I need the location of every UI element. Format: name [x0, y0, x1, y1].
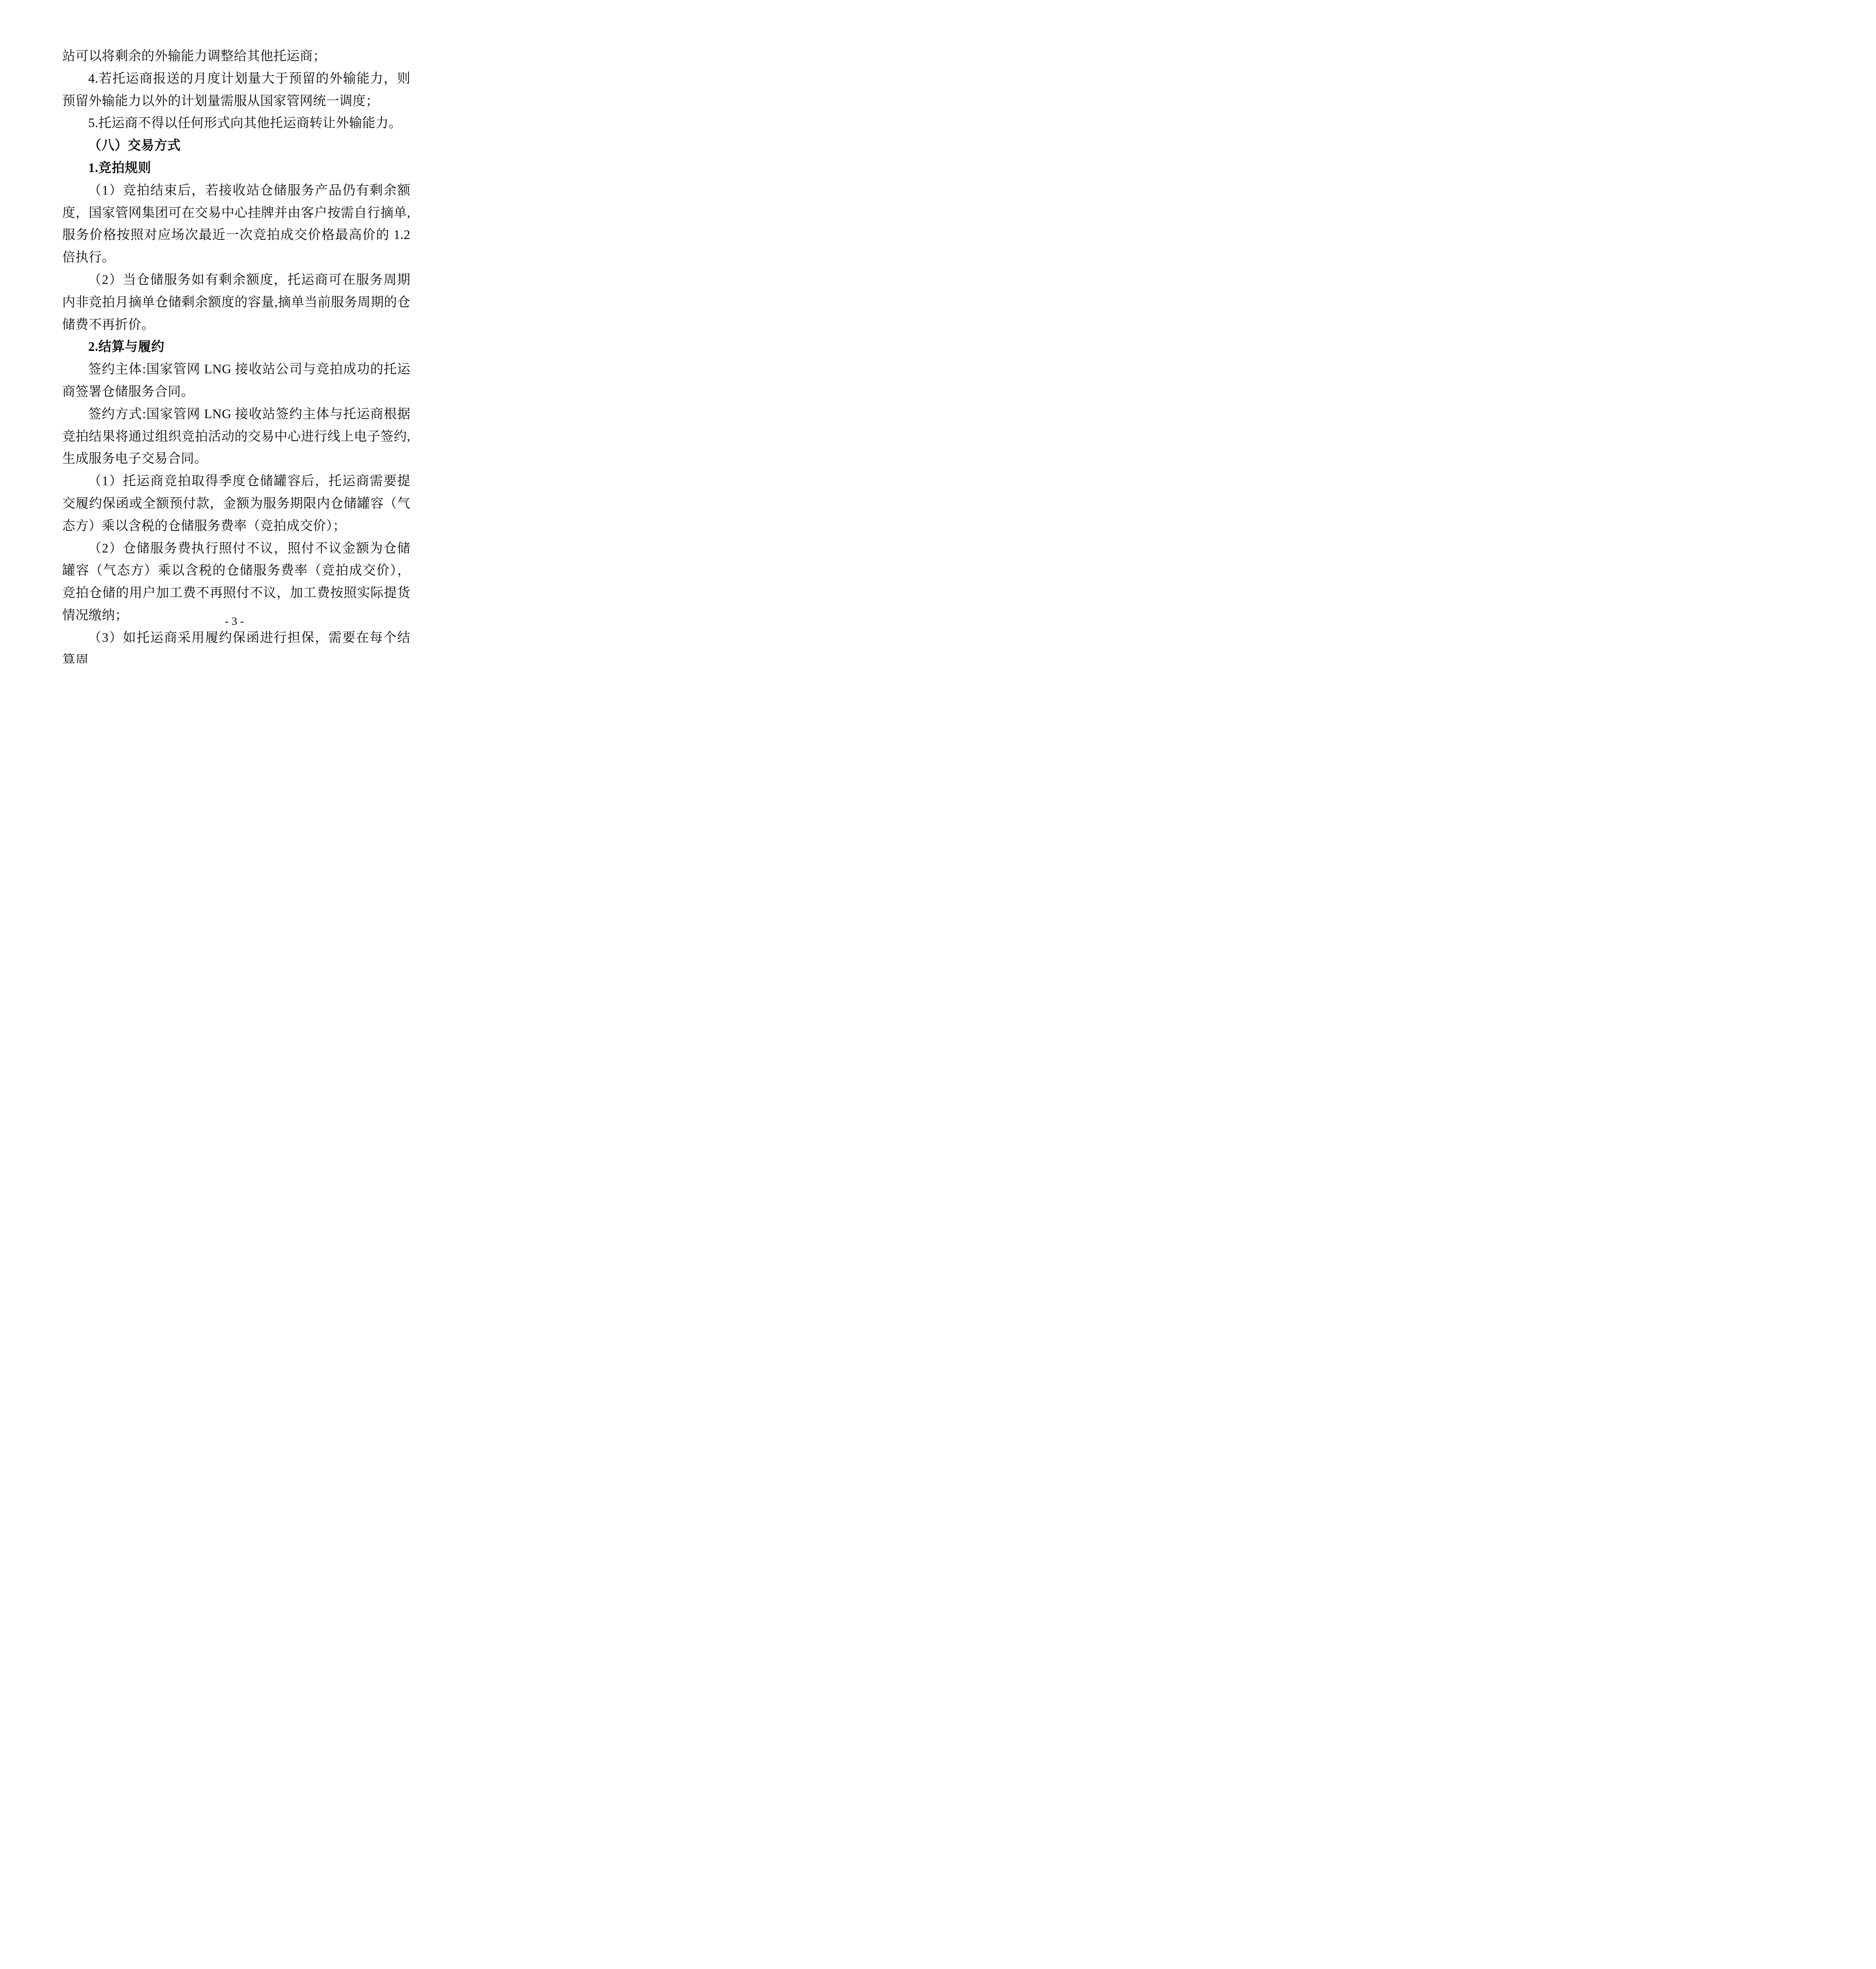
paragraph-settlement-3: （3）如托运商采用履约保函进行担保，需要在每个结算周: [62, 627, 410, 663]
paragraph-continuation: 站可以将剩余的外输能力调整给其他托运商；: [62, 45, 410, 68]
paragraph-auction-rule-2: （2）当仓储服务如有剩余额度，托运商可在服务周期内非竞拍月摘单仓储剩余额度的容量…: [62, 269, 410, 336]
paragraph-signing-subject: 签约主体:国家管网 LNG 接收站公司与竞拍成功的托运商签署仓储服务合同。: [62, 358, 410, 403]
document-page: 站可以将剩余的外输能力调整给其他托运商； 4.若托运商报送的月度计划量大于预留的…: [0, 0, 469, 663]
section-heading-trading-method: （八）交易方式: [62, 135, 410, 157]
subsection-heading-auction-rules: 1.竞拍规则: [62, 157, 410, 180]
document-body: 站可以将剩余的外输能力调整给其他托运商； 4.若托运商报送的月度计划量大于预留的…: [0, 0, 469, 663]
subsection-heading-settlement-performance: 2.结算与履约: [62, 336, 410, 358]
paragraph-item-5: 5.托运商不得以任何形式向其他托运商转让外输能力。: [62, 112, 410, 135]
page-number: - 3 -: [225, 615, 244, 628]
paragraph-settlement-2: （2）仓储服务费执行照付不议，照付不议金额为仓储罐容（气态方）乘以含税的仓储服务…: [62, 538, 410, 627]
paragraph-auction-rule-1: （1）竞拍结束后，若接收站仓储服务产品仍有剩余额度，国家管网集团可在交易中心挂牌…: [62, 180, 410, 269]
paragraph-settlement-1: （1）托运商竞拍取得季度仓储罐容后，托运商需要提交履约保函或全额预付款，金额为服…: [62, 470, 410, 537]
paragraph-signing-method: 签约方式:国家管网 LNG 接收站签约主体与托运商根据竞拍结果将通过组织竞拍活动…: [62, 403, 410, 470]
page-footer: - 3 -: [0, 615, 469, 628]
paragraph-item-4: 4.若托运商报送的月度计划量大于预留的外输能力，则预留外输能力以外的计划量需服从…: [62, 68, 410, 113]
